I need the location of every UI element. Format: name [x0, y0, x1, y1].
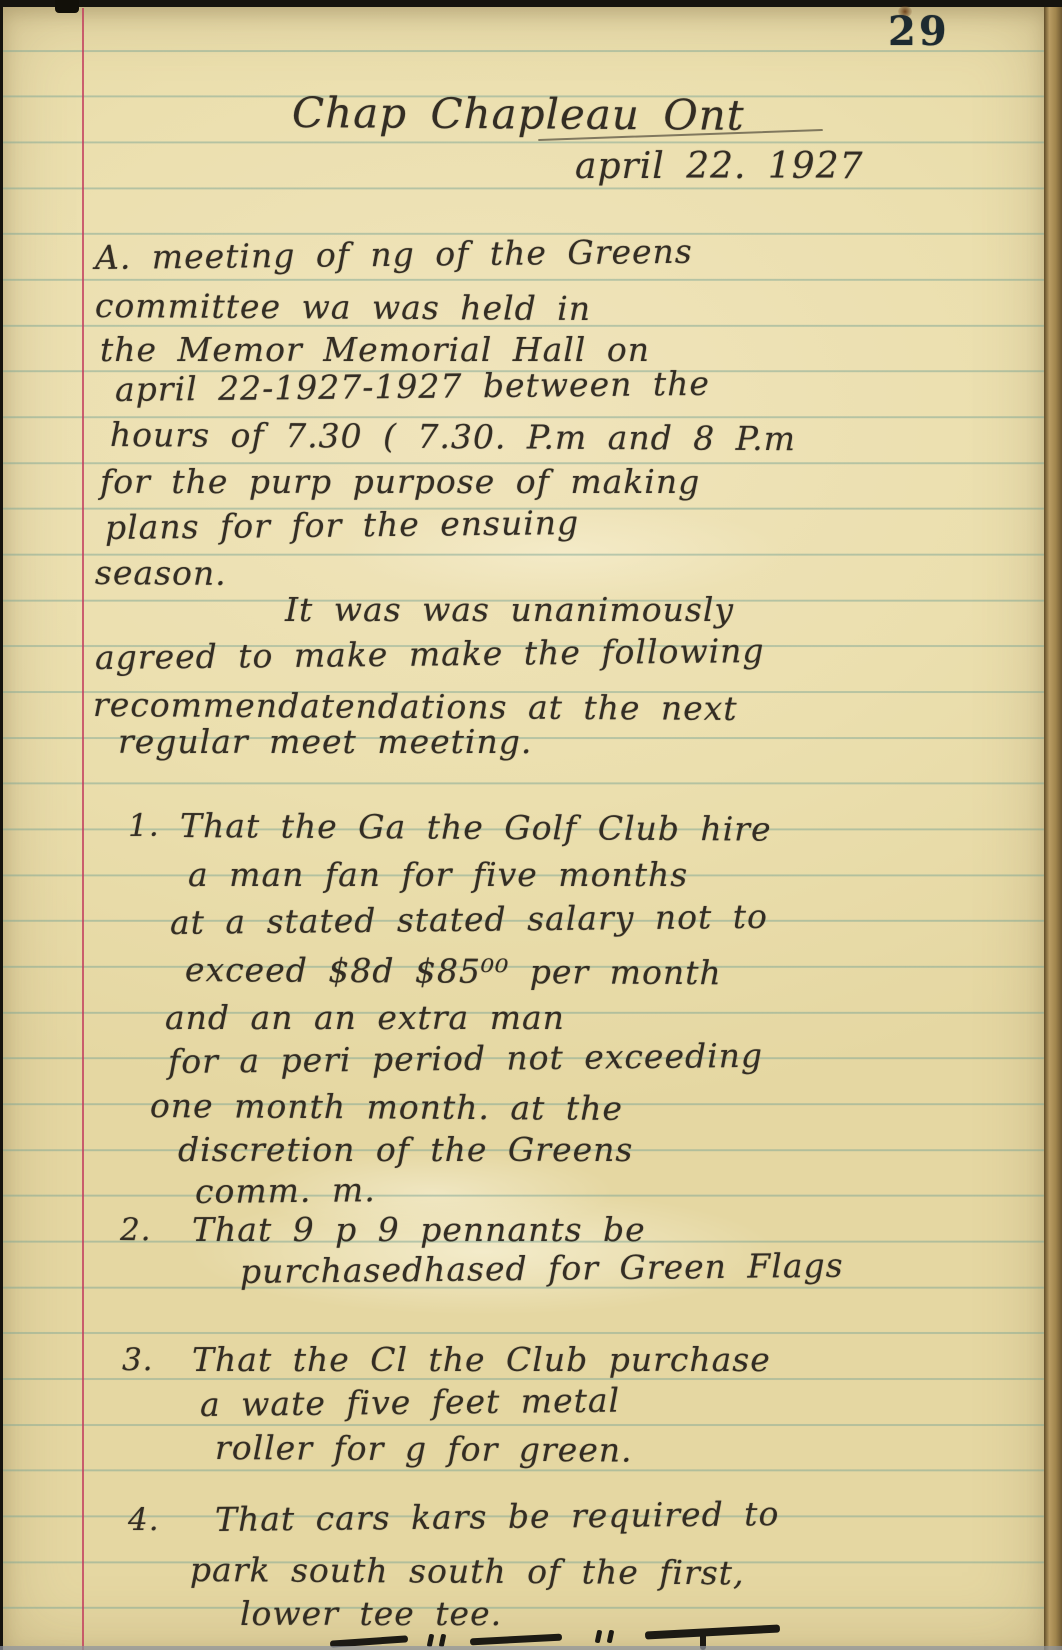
handwritten-line: regular meet meeting. — [118, 722, 532, 761]
handwritten-line: exceed $8d $85⁰⁰ per month — [185, 950, 722, 992]
handwritten-line: april 22-1927-1927 between the — [115, 364, 710, 409]
item-number: 3. — [122, 1342, 154, 1378]
handwritten-line: the Memor Memorial Hall on — [100, 330, 650, 369]
handwritten-line: purchasedhased for Green Flags — [240, 1246, 844, 1291]
handwritten-line: for a peri period not exceeding — [168, 1036, 763, 1081]
handwritten-line: plans for for the ensuing — [105, 503, 580, 547]
handwritten-line: roller for g for green. — [215, 1428, 633, 1470]
handwritten-line: at a stated stated salary not to — [170, 897, 768, 942]
handwritten-line: hours of 7.30 ( 7.30. P.m and 8 P.m — [110, 415, 796, 458]
handwritten-line: agreed to make make the following — [95, 631, 765, 677]
handwritten-line: That cars kars be required to — [215, 1494, 780, 1539]
handwritten-line: discretion of the Greens — [178, 1130, 633, 1169]
handwritten-line: lower tee tee. — [240, 1594, 502, 1633]
handwritten-line: and an an extra man — [165, 998, 565, 1037]
item-number: 4. — [128, 1502, 160, 1538]
item-number: 1. — [128, 808, 160, 844]
handwritten-line: park south south of the first, — [190, 1550, 745, 1592]
handwritten-line: a wate five feet metal — [200, 1381, 621, 1424]
scanned-ledger-page: 29 Chap Chapleau Ont april 22. 1927 A. m… — [0, 0, 1062, 1650]
header-place-line: Chap Chapleau Ont — [292, 88, 745, 140]
handwritten-line: season. — [95, 553, 227, 593]
handwritten-line: That the Ga the Golf Club hire — [180, 806, 772, 849]
handwritten-line: That 9 p 9 pennants be — [192, 1210, 646, 1249]
handwritten-line: A. meeting of ng of the Greens — [95, 232, 693, 277]
bottom-scan-edge — [0, 1646, 1062, 1650]
handwritten-line: It was was unanimously — [285, 590, 734, 629]
handwritten-line: a man fan for five months — [188, 855, 688, 894]
header-date-line: april 22. 1927 — [575, 146, 864, 187]
handwriting-layer: Chap Chapleau Ont april 22. 1927 A. meet… — [0, 0, 1062, 1650]
item-number: 2. — [120, 1212, 152, 1248]
handwritten-line: committee wa was held in — [95, 286, 591, 328]
handwritten-line: comm. m. — [195, 1170, 376, 1211]
handwritten-line: one month month. at the — [150, 1086, 623, 1128]
handwritten-line: That the Cl the Club purchase — [192, 1340, 771, 1379]
handwritten-line: for the purp purpose of making — [100, 462, 700, 501]
